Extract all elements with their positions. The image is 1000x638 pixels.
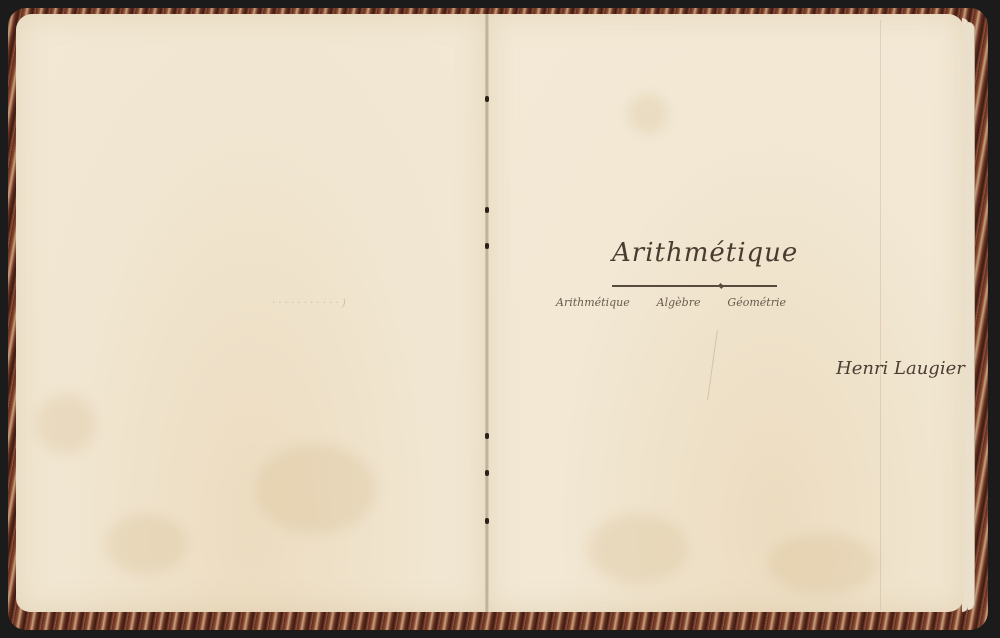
binding-stitch (485, 243, 489, 249)
paper-stain (256, 444, 376, 534)
paper-stain (768, 534, 878, 594)
subject-geometry: Géométrie (727, 296, 786, 309)
binding-stitch (485, 207, 489, 213)
owner-signature: Henri Laugier (836, 358, 966, 379)
binding-stitch (485, 96, 489, 102)
page-stack-edge (968, 22, 975, 610)
paper-stain (628, 94, 668, 134)
right-page (488, 14, 964, 612)
subject-list: Arithmétique Algèbre Géométrie (556, 296, 786, 309)
notebook-title: Arithmétique (612, 238, 782, 268)
paper-stain (36, 394, 96, 454)
left-page (16, 14, 486, 612)
margin-line (880, 20, 881, 610)
binding-stitch (485, 433, 489, 439)
subject-algebra: Algèbre (657, 296, 701, 309)
subject-arithmetic: Arithmétique (556, 296, 630, 309)
title-underline (612, 285, 777, 287)
paper-stain (588, 514, 688, 584)
paper-stain (106, 514, 186, 574)
faint-show-through-text: · · · · · · · · · · · ) (272, 298, 346, 309)
binding-stitch (485, 518, 489, 524)
binding-stitch (485, 470, 489, 476)
